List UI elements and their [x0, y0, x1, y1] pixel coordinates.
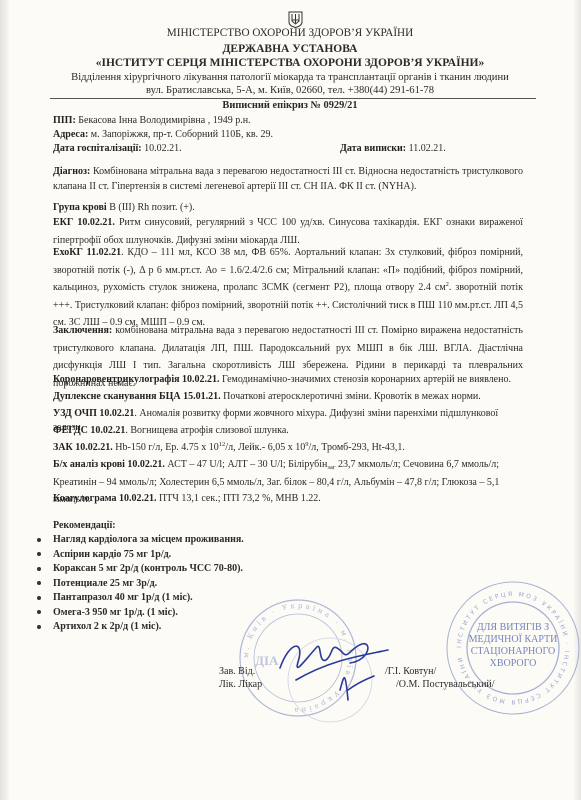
recommendation-item: Омега-3 950 мг 1р/д. (1 міс).: [37, 606, 244, 621]
recommendation-text: Кораксан 5 мг 2р/д (контроль ЧСС 70-80).: [53, 563, 243, 574]
svg-text:ХВОРОГО: ХВОРОГО: [490, 658, 537, 669]
recommendation-item: Нагляд кардіолога за місцем проживання.: [37, 533, 244, 548]
bullet-icon: [37, 552, 41, 556]
patient-address-line: Адреса: м. Запоріжжя, пр-т. Соборний 110…: [53, 128, 523, 142]
cbc-text-1: Hb-150 г/л, Ер. 4.75 х 10: [113, 442, 219, 453]
attending-doctor-label: Лік. Лікар: [219, 679, 262, 690]
duplex-label: Дуплексне сканування БЦА 15.01.21.: [53, 391, 221, 402]
recommendations-list: Нагляд кардіолога за місцем проживання.А…: [37, 533, 244, 635]
svg-text:МЕДИЧНОЇ КАРТИ: МЕДИЧНОЇ КАРТИ: [469, 633, 558, 645]
recommendation-text: Нагляд кардіолога за місцем проживання.: [53, 534, 244, 545]
ultrasound-label: УЗД ОЧП 10.02.21: [53, 408, 134, 419]
svg-text:СТАЦІОНАРНОГО: СТАЦІОНАРНОГО: [471, 646, 555, 657]
recommendation-item: Потенциале 25 мг 3р/д.: [37, 577, 244, 592]
document-page: МІНІСТЕРСТВО ОХОРОНИ ЗДОРОВ’Я УКРАЇНИ ДЕ…: [0, 0, 581, 800]
institution-address: вул. Братиславська, 5-А, м. Київ, 02660,…: [40, 85, 540, 96]
blood-group-label: Група крові: [53, 202, 107, 213]
svg-text:ДІА: ДІА: [255, 653, 279, 668]
bullet-icon: [37, 567, 41, 571]
recommendation-text: Артихол 2 к 2р/д (1 міс).: [53, 621, 161, 632]
svg-text:м. Київ · Україна · м. Київ ·: м. Київ · Україна · м. Київ · Україна: [242, 602, 354, 714]
head-of-dept-name: /Г.І. Ковтун/: [385, 666, 436, 677]
patient-name-label: ПІП:: [53, 115, 76, 126]
discharge-date-label: Дата виписки:: [340, 143, 406, 154]
biochem-sub: заг: [327, 464, 335, 471]
blood-group-value: В (ІІІ) Rh позит. (+).: [107, 202, 195, 213]
recommendation-item: Артихол 2 к 2р/д (1 міс).: [37, 620, 244, 635]
admission-date-label: Дата госпіталізації:: [53, 143, 142, 154]
document-title: Виписний епікриз № 0929/21: [40, 100, 540, 111]
diagnosis-label: Діагноз:: [53, 166, 90, 177]
conclusion-label: Заключення:: [53, 325, 112, 336]
cbc-line: ЗАК 10.02.21. Hb-150 г/л, Ер. 4.75 х 101…: [53, 441, 523, 455]
recommendation-item: Кораксан 5 мг 2р/д (контроль ЧСС 70-80).: [37, 562, 244, 577]
cbc-text-3: /л, Тромб-293, Ht-43,1.: [309, 442, 405, 453]
recommendation-item: Аспірин кардіо 75 мг 1р/д.: [37, 548, 244, 563]
right-stamp: [447, 582, 579, 714]
diagnosis-paragraph: Діагноз: Комбінована мітральна вада з пе…: [53, 164, 523, 194]
attending-doctor-name: /О.М. Постувальський/: [396, 679, 495, 690]
recommendation-text: Пантапразол 40 мг 1р/д (1 міс).: [53, 592, 193, 603]
bullet-icon: [37, 625, 41, 629]
discharge-date-value: 11.02.21.: [406, 143, 446, 154]
bullet-icon: [37, 610, 41, 614]
patient-name-value: Бекасова Інна Володимирівна , 1949 р.н.: [76, 115, 251, 126]
bullet-icon: [37, 596, 41, 600]
svg-text:ДЛЯ ВИТЯГІВ З: ДЛЯ ВИТЯГІВ З: [477, 622, 549, 633]
institution-type: ДЕРЖАВНА УСТАНОВА: [40, 43, 540, 55]
cbc-text-2: /л, Лейк.- 6,05 х 10: [225, 442, 305, 453]
ecg-label: ЕКГ 10.02.21.: [53, 217, 115, 228]
recommendation-text: Аспірин кардіо 75 мг 1р/д.: [53, 549, 171, 560]
header-divider: [50, 98, 536, 99]
recommendation-text: Потенциале 25 мг 3р/д.: [53, 578, 157, 589]
coronary-text: Гемодинамічно-значимих стенозів коронарн…: [220, 374, 511, 385]
recommendation-item: Пантапразол 40 мг 1р/д (1 міс).: [37, 591, 244, 606]
cbc-label: ЗАК 10.02.21.: [53, 442, 113, 453]
bullet-icon: [37, 581, 41, 585]
biochem-label: Б/х аналіз крові 10.02.21.: [53, 459, 165, 470]
recommendations-title: Рекомендації:: [53, 520, 116, 531]
signature: [280, 644, 388, 700]
head-of-dept-label: Зав. Від.: [219, 666, 255, 677]
left-stamp: [240, 600, 372, 722]
institution-name: «ІНСТИТУТ СЕРЦЯ МІНІСТЕРСТВА ОХОРОНИ ЗДО…: [40, 57, 540, 69]
fegds-text: . Вогнищева атрофія слизової шлунка.: [125, 425, 288, 436]
coagulogram-label: Коагулограма 10.02.21.: [53, 493, 157, 504]
fegds-label: ФЕГДС 10.02.21: [53, 425, 125, 436]
ministry-title: МІНІСТЕРСТВО ОХОРОНИ ЗДОРОВ’Я УКРАЇНИ: [40, 27, 540, 39]
patient-address-label: Адреса:: [53, 129, 88, 140]
patient-address-value: м. Запоріжжя, пр-т. Соборний 110Б, кв. 2…: [88, 129, 273, 140]
coagulogram-line: Коагулограма 10.02.21. ПТЧ 13,1 сек.; ПТ…: [53, 492, 523, 506]
diagnosis-text: Комбінована мітральна вада з перевагою н…: [53, 166, 523, 192]
coat-of-arms-icon: [288, 11, 303, 28]
admission-date-value: 10.02.21.: [142, 143, 182, 154]
fegds-line: ФЕГДС 10.02.21. Вогнищева атрофія слизов…: [53, 424, 523, 438]
patient-name-line: ПІП: Бекасова Інна Володимирівна , 1949 …: [53, 114, 523, 128]
scan-edge-right: [573, 0, 581, 800]
coronary-line: Коронаровентрикулографія 10.02.21. Гемод…: [53, 373, 523, 387]
coronary-label: Коронаровентрикулографія 10.02.21.: [53, 374, 220, 385]
biochem-text-1: АСТ – 47 U/l; АЛТ – 30 U/l; Білірубін: [165, 459, 327, 470]
blood-group-line: Група крові В (ІІІ) Rh позит. (+).: [53, 201, 523, 215]
department-name: Відділення хірургічного лікування патоло…: [40, 72, 540, 83]
duplex-line: Дуплексне сканування БЦА 15.01.21. Почат…: [53, 390, 523, 404]
echo-paragraph: ЕхоКГ 11.02.21. КДО – 111 мл, КСО 38 мл,…: [53, 244, 523, 332]
recommendation-text: Омега-3 950 мг 1р/д. (1 міс).: [53, 607, 178, 618]
duplex-text: Початкові атеросклеротичні зміни. Кровот…: [221, 391, 481, 402]
ecg-text: Ритм синусовий, регулярний з ЧСС 100 уд/…: [53, 217, 523, 246]
bullet-icon: [37, 538, 41, 542]
coagulogram-text: ПТЧ 13,1 сек.; ПТІ 73,2 %, МНВ 1.22.: [157, 493, 321, 504]
scan-edge-left: [0, 0, 10, 800]
echo-label: ЕхоКГ 11.02.21: [53, 247, 121, 258]
discharge-date-line: Дата виписки: 11.02.21.: [340, 142, 520, 156]
